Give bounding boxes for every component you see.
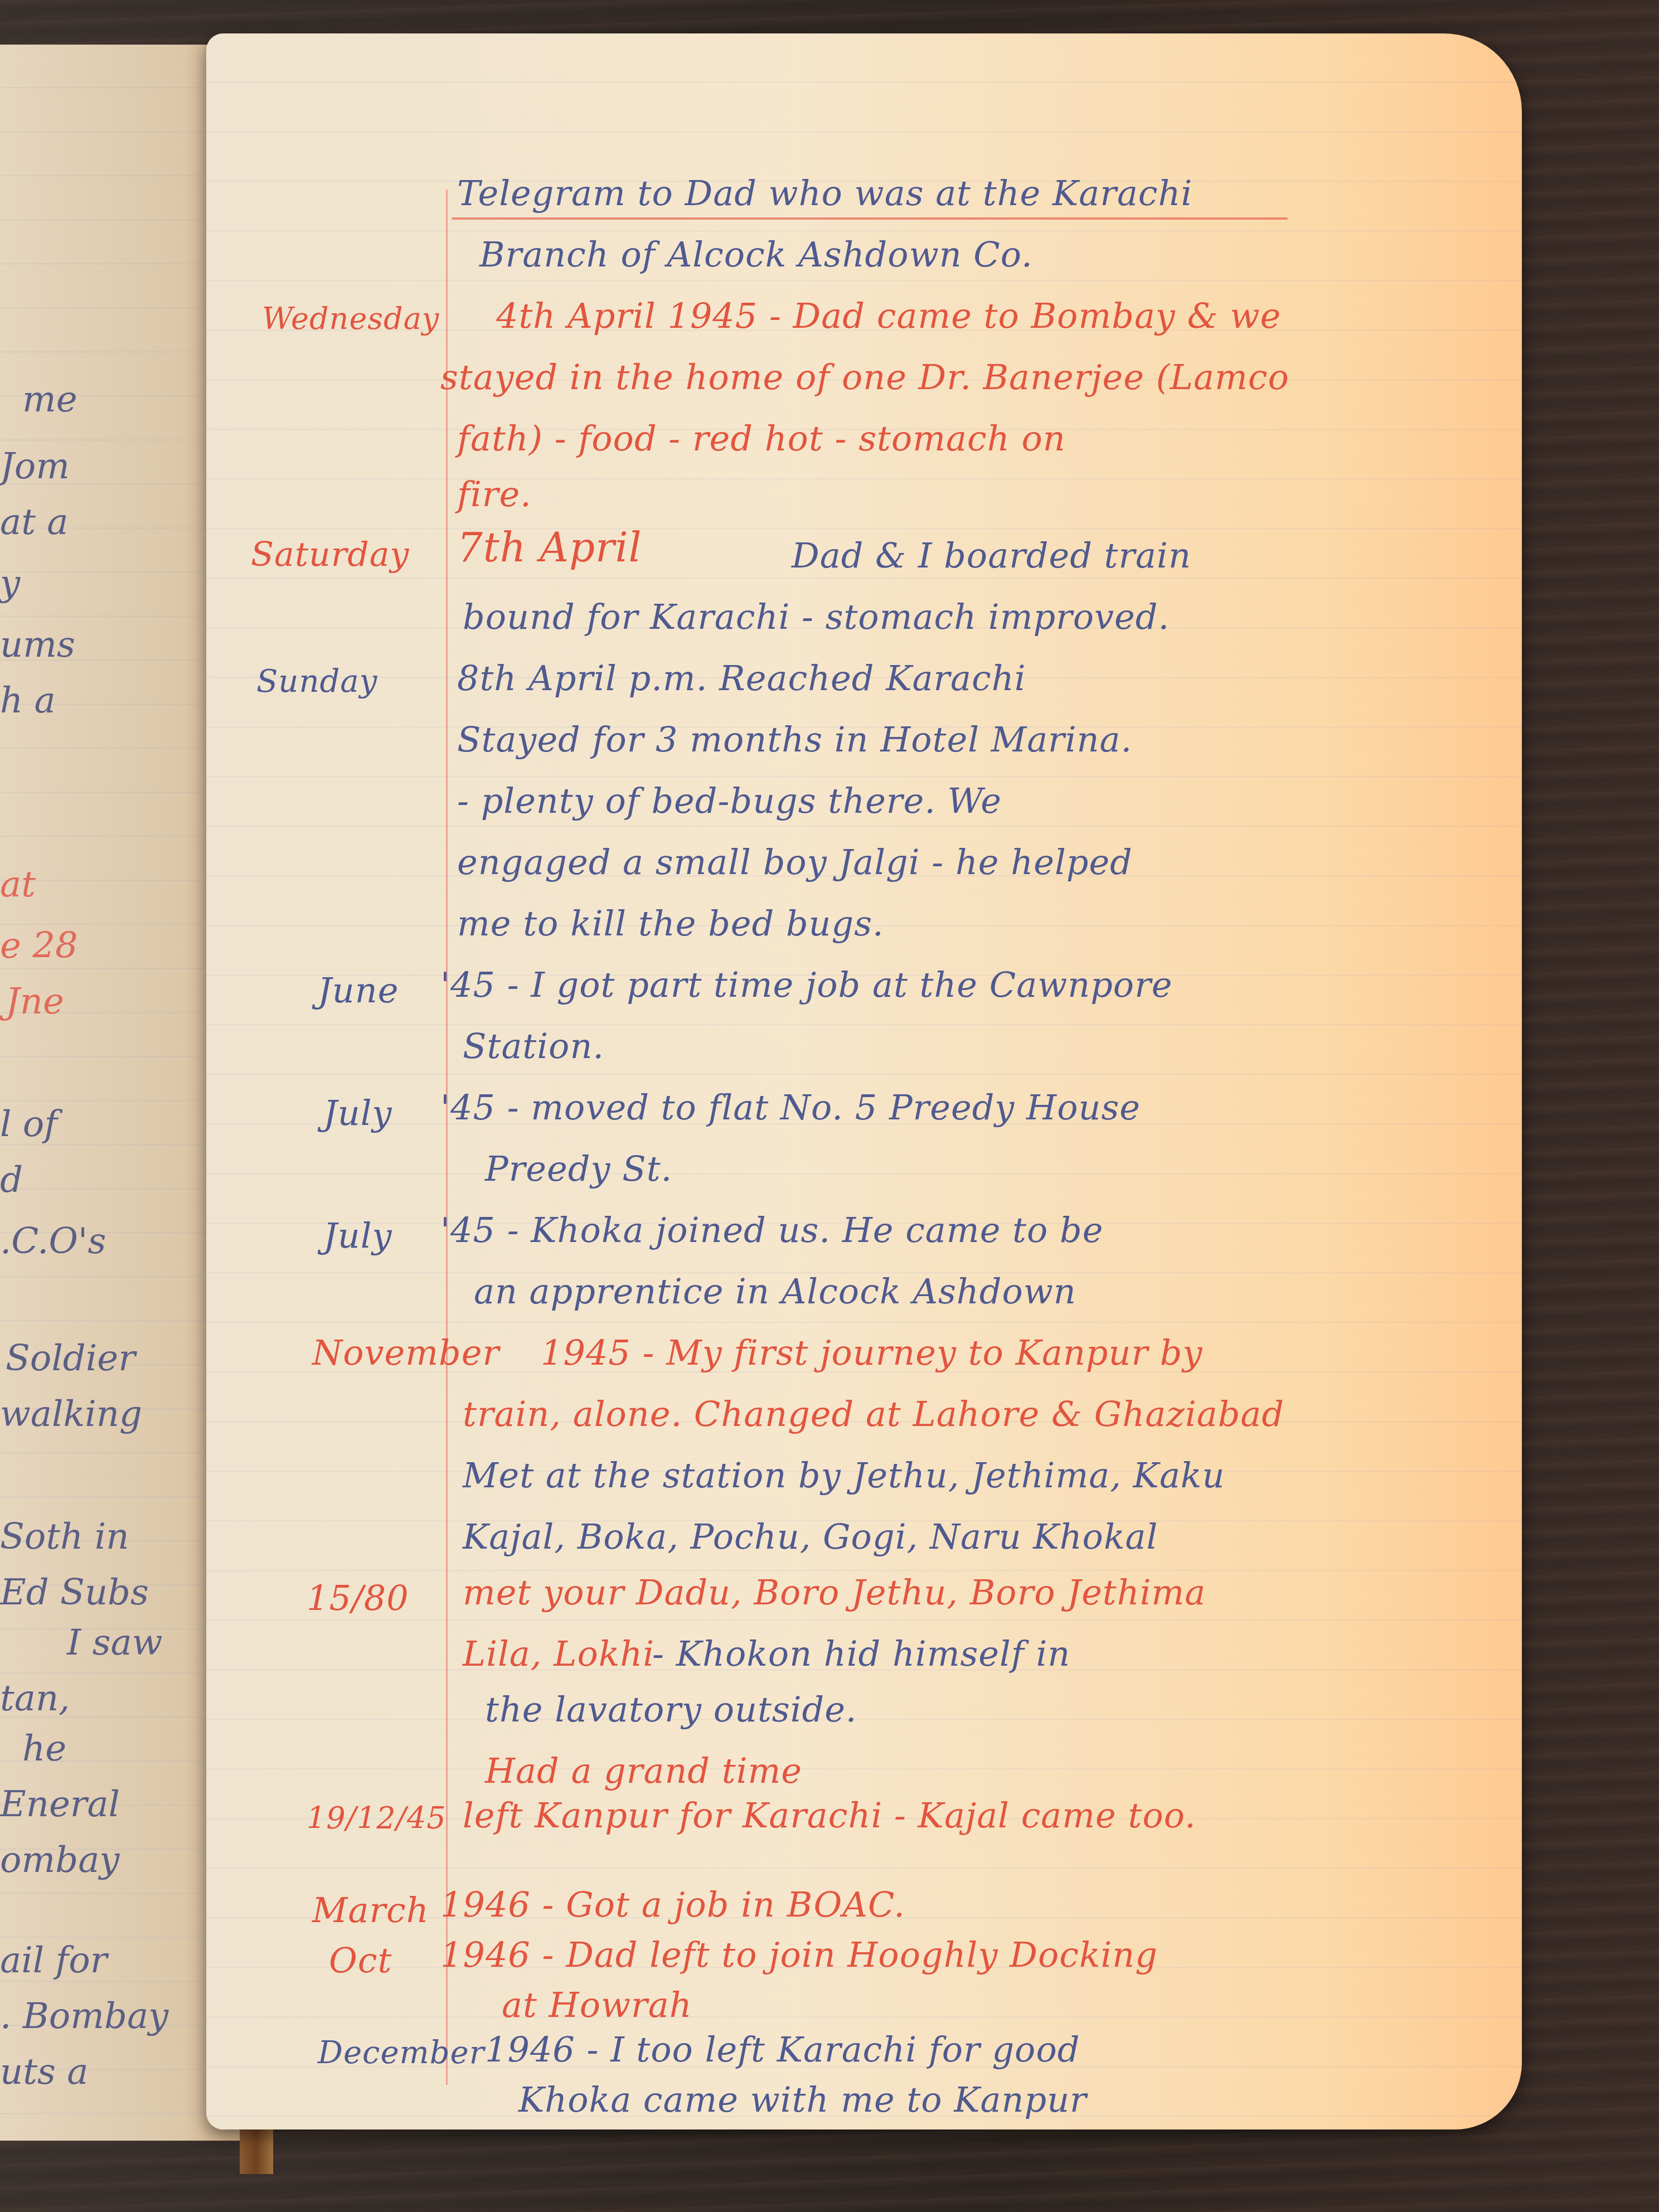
diary-line: left Kanpur for Karachi - Kajal came too… [463, 1795, 1196, 1836]
date-margin: June [318, 970, 399, 1011]
diary-line: Dad & I boarded train [792, 535, 1191, 576]
left-fragment: Eneral [0, 1784, 120, 1825]
diary-line: engaged a small boy Jalgi - he helped [457, 842, 1133, 882]
diary-line: Preedy St. [485, 1148, 672, 1189]
diary-line: Had a grand time [485, 1750, 802, 1791]
left-fragment: uts a [0, 2051, 88, 2093]
left-fragment: .C.O's [0, 1221, 106, 1262]
diary-line: 1946 - Got a job in BOAC. [440, 1884, 905, 1925]
diary-line: Khoka came with me to Kanpur [518, 2079, 1087, 2120]
diary-line: - plenty of bed-bugs there. We [457, 780, 1002, 821]
left-fragment: Jne [6, 981, 64, 1022]
diary-line: stayed in the home of one Dr. Banerjee (… [440, 357, 1289, 397]
left-fragment: I saw [67, 1622, 162, 1663]
red-underline [452, 217, 1288, 220]
left-fragment: walking [0, 1394, 142, 1435]
diary-line: '45 - moved to flat No. 5 Preedy House [440, 1087, 1141, 1128]
diary-line: - Khokon hid himself in [652, 1633, 1070, 1674]
left-fragment: ums [0, 624, 75, 666]
left-fragment: Ed Subs [0, 1572, 149, 1613]
date-margin: July [323, 1215, 392, 1256]
diary-line: Lila, Lokhi [463, 1633, 654, 1674]
diary-line: at Howrah [502, 1985, 692, 2025]
diary-line: fath) - food - red hot - stomach on [457, 418, 1066, 459]
date-margin: 15/80 [307, 1578, 409, 1618]
diary-line: me to kill the bed bugs. [457, 903, 884, 944]
diary-line: bound for Karachi - stomach improved. [463, 596, 1170, 637]
diary-line: 1946 - I too left Karachi for good [485, 2029, 1080, 2070]
diary-line: Met at the station by Jethu, Jethima, Ka… [463, 1455, 1225, 1496]
date-margin: Oct [329, 1940, 392, 1981]
date-margin: 19/12/45 [307, 1801, 447, 1836]
diary-line: 4th April 1945 - Dad came to Bombay & we [496, 295, 1281, 336]
date-margin: November [312, 1332, 499, 1373]
left-fragment: . Bombay [0, 1996, 168, 2037]
left-fragment: ail for [0, 1940, 107, 1981]
date-margin: Saturday [251, 535, 409, 574]
diary-line: met your Dadu, Boro Jethu, Boro Jethima [463, 1572, 1206, 1613]
diary-line: 1946 - Dad left to join Hooghly Docking [440, 1934, 1158, 1975]
left-fragment: Jom [0, 446, 70, 487]
diary-line: Branch of Alcock Ashdown Co. [479, 234, 1033, 275]
left-fragment: he [22, 1728, 66, 1769]
left-fragment: d [0, 1160, 23, 1201]
diary-line: 8th April p.m. Reached Karachi [457, 658, 1026, 698]
left-fragment: at [0, 864, 36, 905]
diary-line: Telegram to Dad who was at the Karachi [457, 173, 1192, 214]
diary-line: the lavatory outside. [485, 1689, 857, 1730]
date-margin: Wednesday [262, 301, 439, 336]
date-margin: July [323, 1093, 392, 1133]
diary-line: 7th April [457, 524, 642, 571]
left-fragment: e 28 [0, 925, 78, 967]
left-fragment: y [0, 563, 20, 604]
left-fragment: Soldier [6, 1338, 135, 1379]
diary-line: Kajal, Boka, Pochu, Gogi, Naru Khokal [463, 1516, 1158, 1557]
diary-line: '45 - I got part time job at the Cawnpor… [440, 964, 1173, 1005]
diary-line: Stayed for 3 months in Hotel Marina. [457, 719, 1132, 760]
left-fragment: at a [0, 502, 68, 543]
diary-line: Station. [463, 1026, 604, 1066]
date-margin: December [318, 2035, 484, 2071]
left-fragment: Soth in [0, 1516, 129, 1558]
date-margin: March [312, 1890, 429, 1930]
diary-line: 1945 - My first journey to Kanpur by [541, 1332, 1203, 1373]
right-notebook-page: Telegram to Dad who was at the Karachi B… [206, 33, 1522, 2129]
left-fragment: me [22, 379, 77, 420]
left-fragment: ombay [0, 1840, 120, 1881]
diary-line: an apprentice in Alcock Ashdown [474, 1271, 1076, 1312]
left-fragment: tan, [0, 1678, 70, 1719]
left-fragment: l of [0, 1104, 57, 1145]
left-fragment: h a [0, 680, 56, 721]
diary-line: train, alone. Changed at Lahore & Ghazia… [463, 1394, 1284, 1434]
diary-line: '45 - Khoka joined us. He came to be [440, 1210, 1103, 1250]
date-margin: Sunday [256, 663, 377, 700]
diary-line: fire. [457, 474, 532, 515]
